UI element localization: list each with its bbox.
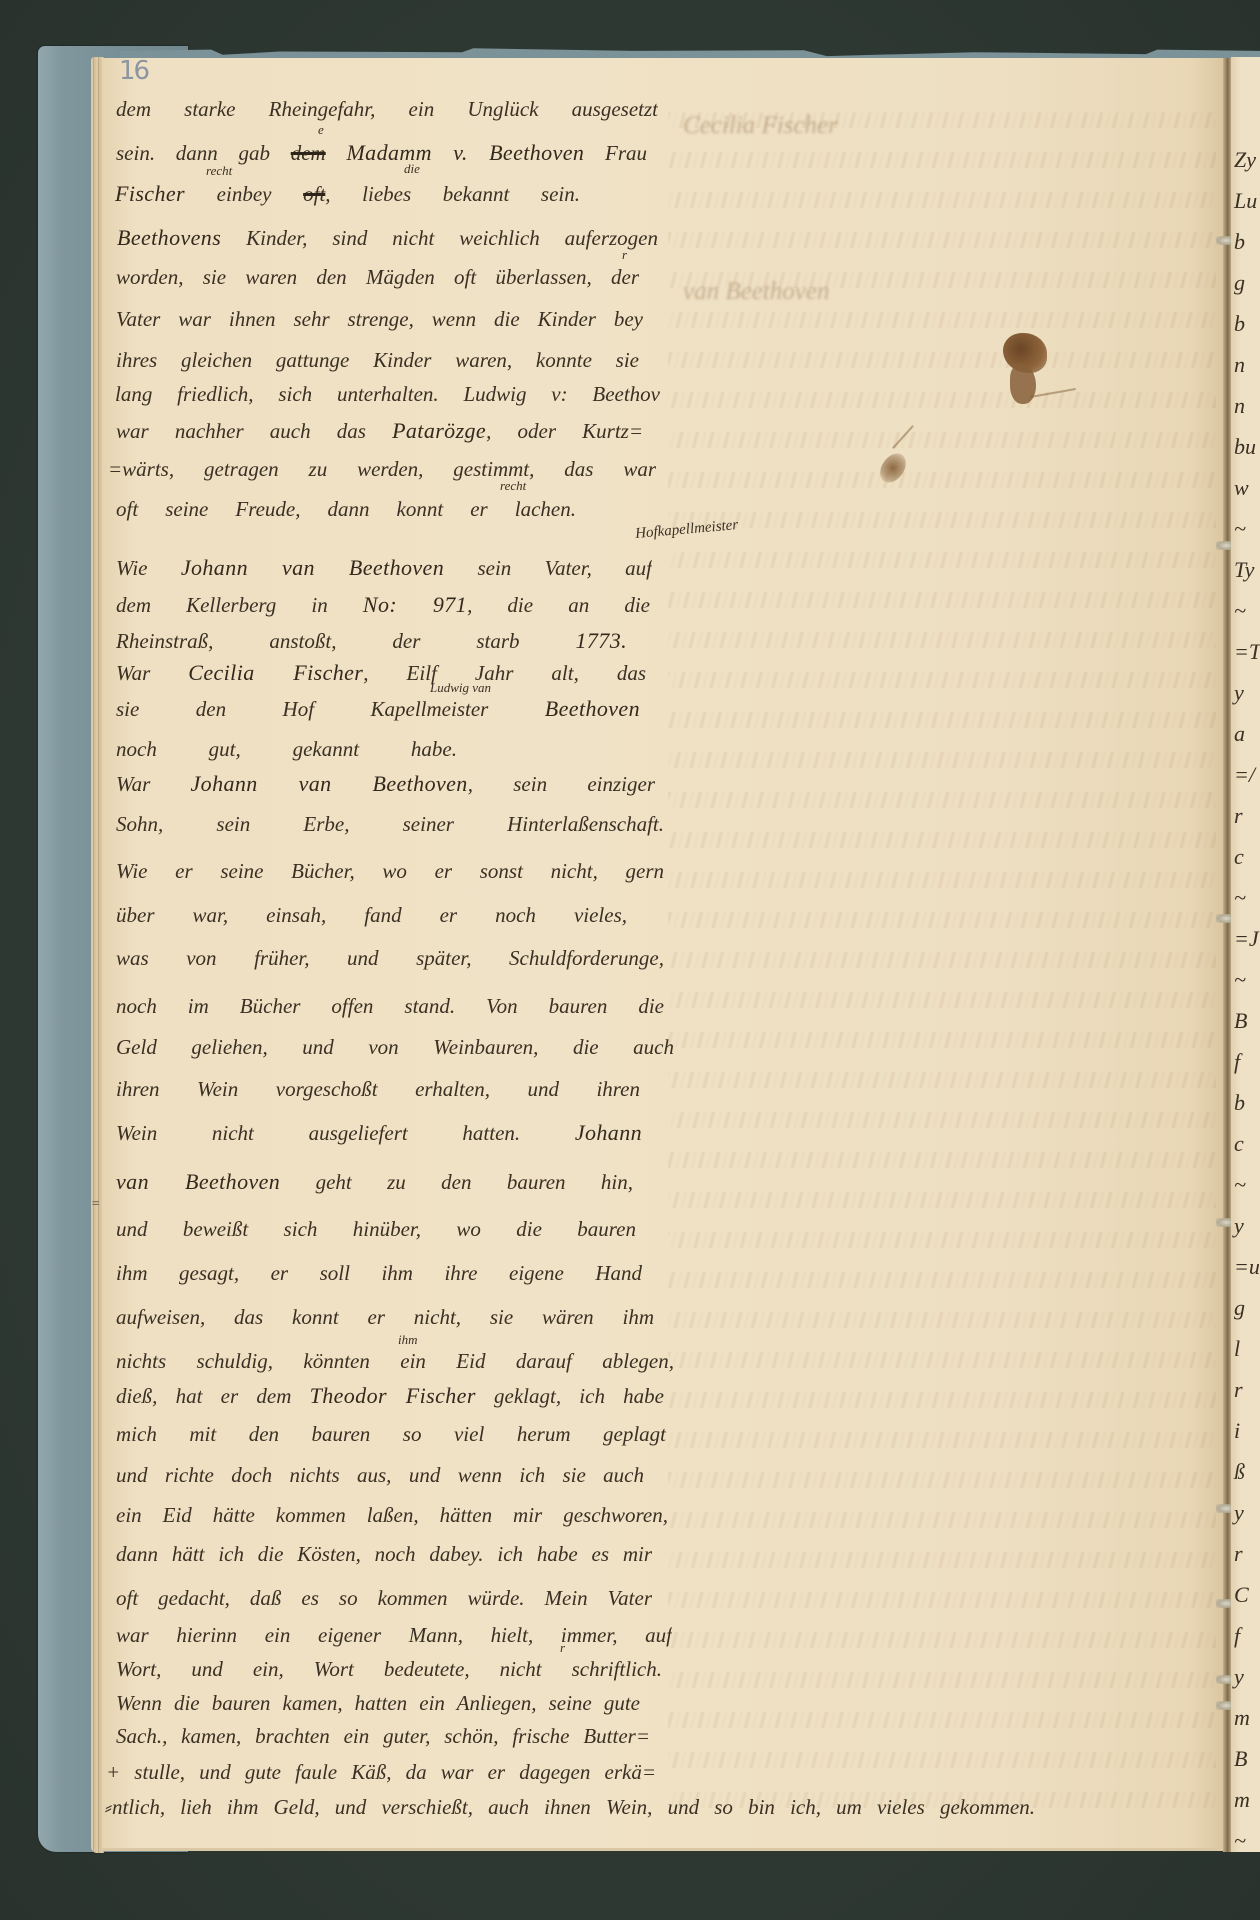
- interlinear-insertion: r: [622, 247, 627, 263]
- manuscript-line: sie den Hof Kapellmeister Beethoven: [116, 692, 640, 726]
- line-text: War: [116, 772, 191, 796]
- manuscript-line: War Cecilia Fischer, Eilf Jahr alt, das: [116, 656, 646, 690]
- interlinear-insertion: recht: [500, 478, 526, 494]
- binding-gutter: [1223, 58, 1231, 1852]
- line-text: Wein nicht ausgeliefert hatten.: [116, 1121, 575, 1145]
- manuscript-line: Wenn die bauren kamen, hatten ein Anlieg…: [116, 1686, 640, 1720]
- line-text: sein Vater, auf: [444, 556, 652, 580]
- latin-script-word: Patarözge: [392, 418, 486, 443]
- manuscript-line: über war, einsah, fand er noch vieles,: [116, 898, 627, 932]
- manuscript-line: Vater war ihnen sehr strenge, wenn die K…: [116, 302, 643, 336]
- line-text: Sohn, sein Erbe, seiner Hinterlaßenschaf…: [116, 812, 664, 836]
- line-text: dem starke Rheingefahr, ein Unglück ausg…: [116, 97, 658, 121]
- line-text: sie den Hof Kapellmeister: [116, 697, 545, 721]
- show-through-writing: [668, 112, 1216, 1832]
- line-text: mich mit den bauren so viel herum geplag…: [116, 1422, 666, 1446]
- line-text: oft seine Freude, dann konnt er lachen.: [116, 497, 576, 521]
- interlinear-insertion: die: [404, 161, 420, 177]
- line-text: über war, einsah, fand er noch vieles,: [116, 903, 627, 927]
- manuscript-line: Wie er seine Bücher, wo er sonst nicht, …: [116, 854, 664, 888]
- line-text: ihm gesagt, er soll ihm ihre eigene Hand: [116, 1261, 642, 1285]
- manuscript-line: Sach., kamen, brachten ein guter, schön,…: [116, 1719, 650, 1753]
- manuscript-line: worden, sie waren den Mägden oft überlas…: [116, 260, 639, 294]
- manuscript-line: nichts schuldig, könnten ein Eid darauf …: [116, 1344, 674, 1378]
- manuscript-scan: Zy Lu b g b n n bu w ~ Ty ~ =T y a =/ r …: [0, 0, 1260, 1920]
- manuscript-line: noch gut, gekannt habe.: [116, 732, 457, 766]
- latin-script-name: Fischer: [115, 181, 185, 206]
- latin-script-name: Johann van Beethoven: [191, 771, 468, 796]
- line-text: war nachher auch das: [116, 419, 392, 443]
- line-text: ihres gleichen gattunge Kinder waren, ko…: [116, 348, 639, 372]
- line-text: , oder Kurtz=: [486, 419, 643, 443]
- line-text: Rheinstraß, anstoßt, der starb: [116, 629, 576, 653]
- manuscript-line: oft seine Freude, dann konnt er lachen.: [116, 492, 576, 526]
- line-text: oft gedacht, daß es so kommen würde. Mei…: [116, 1586, 652, 1610]
- manuscript-line: Beethovens Kinder, sind nicht weichlich …: [117, 221, 658, 255]
- line-text: einbey: [185, 182, 303, 206]
- line-text: Kinder, sind nicht weichlich auferzogen: [221, 226, 658, 250]
- line-text: Wie er seine Bücher, wo er sonst nicht, …: [116, 859, 664, 883]
- line-text: + stulle, und gute faule Käß, da war er …: [106, 1760, 656, 1784]
- manuscript-line: ⸗ntlich, lieh ihm Geld, und verschießt, …: [105, 1790, 1035, 1824]
- interlinear-insertion: Ludwig van: [430, 680, 491, 696]
- line-text: Frau: [584, 141, 647, 165]
- manuscript-line: war hierinn ein eigener Mann, hielt, imm…: [116, 1618, 672, 1652]
- latin-script-name: van Beethoven: [116, 1169, 280, 1194]
- line-text: Vater war ihnen sehr strenge, wenn die K…: [116, 307, 643, 331]
- margin-mark: II: [90, 1200, 100, 1205]
- manuscript-line: Rheinstraß, anstoßt, der starb 1773.: [116, 624, 627, 658]
- manuscript-line: ihren Wein vorgeschoßt erhalten, und ihr…: [116, 1072, 640, 1106]
- line-text: , sein einziger: [468, 772, 655, 796]
- manuscript-line: dann hätt ich die Kösten, noch dabey. ic…: [116, 1537, 652, 1571]
- line-text: , liebes bekannt sein.: [325, 182, 580, 206]
- manuscript-line: Wie Johann van Beethoven sein Vater, auf: [116, 551, 652, 585]
- manuscript-line: Wort, und ein, Wort bedeutete, nicht sch…: [116, 1652, 662, 1686]
- line-text: und richte doch nichts aus, und wenn ich…: [116, 1463, 644, 1487]
- line-text: geht zu den bauren hin,: [280, 1170, 633, 1194]
- line-text: [326, 141, 347, 165]
- line-text: War: [116, 661, 188, 685]
- line-text: war hierinn ein eigener Mann, hielt, imm…: [116, 1623, 672, 1647]
- struck-word: dem: [291, 141, 326, 165]
- facing-page-text-fragments: Zy Lu b g b n n bu w ~ Ty ~ =T y a =/ r …: [1234, 139, 1260, 1852]
- manuscript-line: Geld geliehen, und von Weinbauren, die a…: [116, 1030, 674, 1064]
- line-text: , die an die: [467, 593, 650, 617]
- interlinear-insertion: r: [560, 1640, 565, 1656]
- show-through-fragment: Cecilia Fischer: [683, 112, 838, 140]
- manuscript-line: aufweisen, das konnt er nicht, sie wären…: [116, 1300, 654, 1334]
- show-through-fragment: van Beethoven: [683, 278, 829, 306]
- latin-script-name: Theodor Fischer: [310, 1383, 476, 1408]
- line-text: Sach., kamen, brachten ein guter, schön,…: [116, 1724, 650, 1748]
- manuscript-line: + stulle, und gute faule Käß, da war er …: [106, 1755, 656, 1789]
- manuscript-line: oft gedacht, daß es so kommen würde. Mei…: [116, 1581, 652, 1615]
- line-text: noch im Bücher offen stand. Von bauren d…: [116, 994, 664, 1018]
- manuscript-line: noch im Bücher offen stand. Von bauren d…: [116, 989, 664, 1023]
- line-text: , Eilf Jahr alt, das: [363, 661, 646, 685]
- manuscript-line: und beweißt sich hinüber, wo die bauren: [116, 1212, 636, 1246]
- manuscript-line: dem starke Rheingefahr, ein Unglück ausg…: [116, 92, 658, 126]
- manuscript-line: dem Kellerberg in No: 971, die an die: [116, 588, 650, 622]
- line-text: geklagt, ich habe: [476, 1384, 664, 1408]
- line-text: noch gut, gekannt habe.: [116, 737, 457, 761]
- manuscript-line: lang friedlich, sich unterhalten. Ludwig…: [115, 377, 660, 411]
- line-text: sein. dann gab: [116, 141, 291, 165]
- line-text: ein Eid hätte kommen laßen, hätten mir g…: [116, 1503, 668, 1527]
- manuscript-line: ihres gleichen gattunge Kinder waren, ko…: [116, 343, 639, 377]
- line-text: nichts schuldig, könnten ein Eid darauf …: [116, 1349, 674, 1373]
- line-text: dann hätt ich die Kösten, noch dabey. ic…: [116, 1542, 652, 1566]
- latin-script-name: Cecilia Fischer: [188, 660, 363, 685]
- line-text: und beweißt sich hinüber, wo die bauren: [116, 1217, 636, 1241]
- struck-word: oft: [303, 182, 325, 206]
- line-text: ⸗ntlich, lieh ihm Geld, und verschießt, …: [105, 1795, 1035, 1819]
- latin-script-name: Johann: [575, 1120, 642, 1145]
- interlinear-insertion: recht: [206, 163, 232, 179]
- line-text: aufweisen, das konnt er nicht, sie wären…: [116, 1305, 654, 1329]
- manuscript-line: was von früher, und später, Schuldforder…: [116, 941, 664, 975]
- line-text: Wort, und ein, Wort bedeutete, nicht sch…: [116, 1657, 662, 1681]
- manuscript-line: Sohn, sein Erbe, seiner Hinterlaßenschaf…: [116, 807, 664, 841]
- line-text: =wärts, getragen zu werden, gestimmt, da…: [108, 457, 656, 481]
- year: 1773.: [576, 628, 628, 653]
- manuscript-line: Wein nicht ausgeliefert hatten. Johann: [116, 1116, 642, 1150]
- latin-script-name: Johann van Beethoven: [181, 555, 444, 580]
- manuscript-line: War Johann van Beethoven, sein einziger: [116, 767, 655, 801]
- latin-script-name: Beethoven: [545, 696, 640, 721]
- line-text: worden, sie waren den Mägden oft überlas…: [116, 265, 639, 289]
- line-text: Wie: [116, 556, 181, 580]
- latin-script-name: Madamm v. Beethoven: [346, 140, 584, 165]
- line-text: Wenn die bauren kamen, hatten ein Anlieg…: [116, 1691, 640, 1715]
- line-text: dem Kellerberg in: [116, 593, 363, 617]
- manuscript-line: war nachher auch das Patarözge, oder Kur…: [116, 414, 643, 448]
- manuscript-line: van Beethoven geht zu den bauren hin,: [116, 1165, 633, 1199]
- line-text: dieß, hat er dem: [116, 1384, 310, 1408]
- manuscript-line: Fischer einbey oft, liebes bekannt sein.: [115, 177, 580, 211]
- line-text: lang friedlich, sich unterhalten. Ludwig…: [115, 382, 660, 406]
- ink-stain-tail: [1010, 364, 1036, 404]
- manuscript-line: =wärts, getragen zu werden, gestimmt, da…: [108, 452, 656, 486]
- manuscript-line: mich mit den bauren so viel herum geplag…: [116, 1417, 666, 1451]
- manuscript-line: ihm gesagt, er soll ihm ihre eigene Hand: [116, 1256, 642, 1290]
- line-text: was von früher, und später, Schuldforder…: [116, 946, 664, 970]
- facing-page-edge: Zy Lu b g b n n bu w ~ Ty ~ =T y a =/ r …: [1231, 57, 1260, 1852]
- interlinear-insertion: e: [318, 122, 324, 138]
- manuscript-line: und richte doch nichts aus, und wenn ich…: [116, 1458, 644, 1492]
- manuscript-line: ein Eid hätte kommen laßen, hätten mir g…: [116, 1498, 668, 1532]
- latin-script-name: Beethovens: [117, 225, 221, 250]
- interlinear-insertion: ihm: [398, 1332, 418, 1348]
- line-text: ihren Wein vorgeschoßt erhalten, und ihr…: [116, 1077, 640, 1101]
- manuscript-line: sein. dann gab dem Madamm v. Beethoven F…: [116, 136, 647, 170]
- manuscript-line: dieß, hat er dem Theodor Fischer geklagt…: [116, 1379, 664, 1413]
- house-number: No: 971: [363, 592, 467, 617]
- line-text: Geld geliehen, und von Weinbauren, die a…: [116, 1035, 674, 1059]
- page-number: 16: [119, 56, 148, 86]
